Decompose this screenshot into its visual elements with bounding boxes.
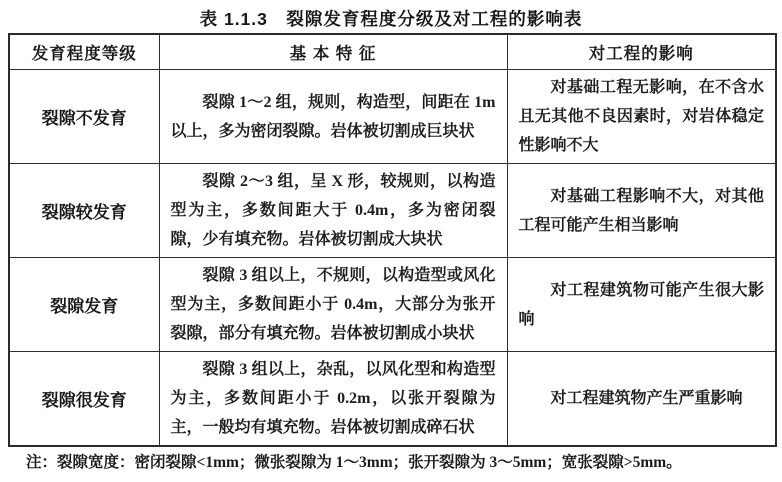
grade-cell: 裂隙较发育 [9, 164, 159, 258]
features-cell: 裂隙 1～2 组，规则，构造型，间距在 1m 以上，多为密闭裂隙。岩体被切割成巨… [159, 70, 507, 164]
impact-cell: 对工程建筑物产生严重影响 [507, 352, 776, 447]
features-text: 裂隙 2～3 组，呈 X 形，较规则，以构造型为主，多数间距大于 0.4m，多为… [171, 167, 496, 254]
fissure-grade-table: 发育程度等级 基 本 特 征 对工程的影响 裂隙不发育 裂隙 1～2 组，规则，… [8, 33, 777, 447]
features-cell: 裂隙 3 组以上，不规则，以构造型或风化型为主，多数间距小于 0.4m，大部分为… [159, 258, 507, 352]
table-row: 裂隙不发育 裂隙 1～2 组，规则，构造型，间距在 1m 以上，多为密闭裂隙。岩… [9, 70, 776, 164]
table-row: 裂隙很发育 裂隙 3 组以上，杂乱，以风化型和构造型为主，多数间距小于 0.2m… [9, 352, 776, 447]
document-page: 表 1.1.3 裂隙发育程度分级及对工程的影响表 发育程度等级 基 本 特 征 … [0, 0, 782, 482]
footnote: 注：裂隙宽度：密闭裂隙<1mm；微张裂隙为 1～3mm；张开裂隙为 3～5mm；… [26, 452, 776, 474]
features-cell: 裂隙 3 组以上，杂乱，以风化型和构造型为主，多数间距小于 0.2m，以张开裂隙… [159, 352, 507, 447]
grade-cell: 裂隙很发育 [9, 352, 159, 447]
features-text: 裂隙 3 组以上，杂乱，以风化型和构造型为主，多数间距小于 0.2m，以张开裂隙… [171, 355, 496, 442]
table-title: 表 1.1.3 裂隙发育程度分级及对工程的影响表 [0, 6, 782, 31]
impact-cell: 对基础工程影响不大，对其他工程可能产生相当影响 [507, 164, 776, 258]
header-features: 基 本 特 征 [159, 34, 507, 70]
impact-text: 对基础工程无影响，在不含水且无其他不良因素时，对岩体稳定性影响不大 [519, 73, 765, 160]
grade-cell: 裂隙发育 [9, 258, 159, 352]
features-text: 裂隙 3 组以上，不规则，以构造型或风化型为主，多数间距小于 0.4m，大部分为… [171, 261, 496, 348]
table-row: 裂隙较发育 裂隙 2～3 组，呈 X 形，较规则，以构造型为主，多数间距大于 0… [9, 164, 776, 258]
features-cell: 裂隙 2～3 组，呈 X 形，较规则，以构造型为主，多数间距大于 0.4m，多为… [159, 164, 507, 258]
impact-text: 对工程建筑物产生严重影响 [519, 384, 765, 413]
header-grade: 发育程度等级 [9, 34, 159, 70]
impact-cell: 对基础工程无影响，在不含水且无其他不良因素时，对岩体稳定性影响不大 [507, 70, 776, 164]
grade-cell: 裂隙不发育 [9, 70, 159, 164]
header-impact: 对工程的影响 [507, 34, 776, 70]
impact-cell: 对工程建筑物可能产生很大影响 [507, 258, 776, 352]
impact-text: 对基础工程影响不大，对其他工程可能产生相当影响 [519, 182, 765, 240]
table-row: 裂隙发育 裂隙 3 组以上，不规则，以构造型或风化型为主，多数间距小于 0.4m… [9, 258, 776, 352]
impact-text: 对工程建筑物可能产生很大影响 [519, 276, 765, 334]
features-text: 裂隙 1～2 组，规则，构造型，间距在 1m 以上，多为密闭裂隙。岩体被切割成巨… [171, 88, 496, 146]
header-row: 发育程度等级 基 本 特 征 对工程的影响 [9, 34, 776, 70]
